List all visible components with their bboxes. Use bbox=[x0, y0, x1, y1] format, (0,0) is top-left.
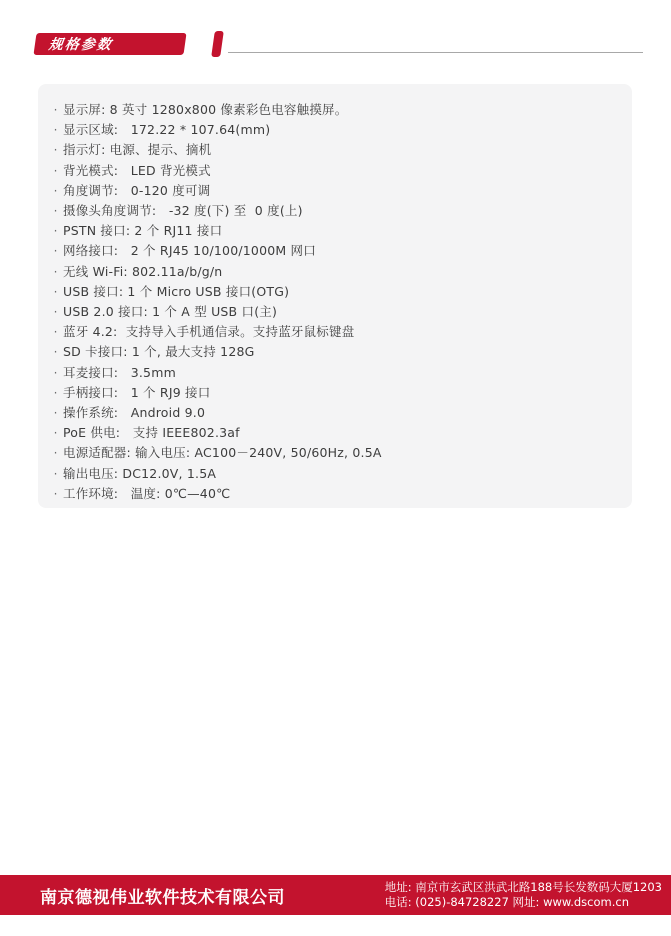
bullet-dot-icon: · bbox=[48, 343, 63, 362]
spec-item: · 摄像头角度调节: -32 度(下) 至 0 度(上) bbox=[48, 201, 614, 221]
spec-item: · 角度调节: 0-120 度可调 bbox=[48, 181, 614, 201]
bullet-dot-icon: · bbox=[48, 364, 63, 383]
spec-item: · 输出电压: DC12.0V, 1.5A bbox=[48, 464, 614, 484]
section-title-ribbon: 规格参数 bbox=[33, 33, 186, 55]
spec-text: 网络接口: 2 个 RJ45 10/100/1000M 网口 bbox=[63, 241, 316, 260]
spec-text: 输出电压: DC12.0V, 1.5A bbox=[63, 464, 216, 483]
spec-text: 无线 Wi-Fi: 802.11a/b/g/n bbox=[63, 262, 222, 281]
spec-item: · 操作系统: Android 9.0 bbox=[48, 403, 614, 423]
spec-item: · 耳麦接口: 3.5mm bbox=[48, 363, 614, 383]
spec-text: 工作环境: 温度: 0℃—40℃ bbox=[63, 484, 230, 503]
bullet-dot-icon: · bbox=[48, 323, 63, 342]
spec-item: · 背光模式: LED 背光模式 bbox=[48, 161, 614, 181]
bullet-dot-icon: · bbox=[48, 465, 63, 484]
bullet-dot-icon: · bbox=[48, 242, 63, 261]
spec-item: · 电源适配器: 输入电压: AC100－240V, 50/60Hz, 0.5A bbox=[48, 443, 614, 463]
company-name: 南京德视伟业软件技术有限公司 bbox=[40, 883, 285, 908]
bullet-dot-icon: · bbox=[48, 384, 63, 403]
bullet-dot-icon: · bbox=[48, 141, 63, 160]
spec-text: 操作系统: Android 9.0 bbox=[63, 403, 205, 422]
bullet-dot-icon: · bbox=[48, 263, 63, 282]
spec-text: 蓝牙 4.2: 支持导入手机通信录。支持蓝牙鼠标键盘 bbox=[63, 322, 354, 341]
spec-item: · 手柄接口: 1 个 RJ9 接口 bbox=[48, 383, 614, 403]
spec-text: 显示屏: 8 英寸 1280x800 像素彩色电容触摸屏。 bbox=[63, 100, 347, 119]
bullet-dot-icon: · bbox=[48, 303, 63, 322]
spec-item: · 显示区域: 172.22 * 107.64(mm) bbox=[48, 120, 614, 140]
footer-bar: 南京德视伟业软件技术有限公司 地址: 南京市玄武区洪武北路188号长发数码大厦1… bbox=[0, 875, 671, 915]
header-divider-line bbox=[228, 52, 643, 53]
spec-text: 背光模式: LED 背光模式 bbox=[63, 161, 211, 180]
bullet-dot-icon: · bbox=[48, 121, 63, 140]
bullet-dot-icon: · bbox=[48, 404, 63, 423]
spec-item: · 指示灯: 电源、提示、摘机 bbox=[48, 140, 614, 160]
spec-item: · USB 2.0 接口: 1 个 A 型 USB 口(主) bbox=[48, 302, 614, 322]
spec-text: 手柄接口: 1 个 RJ9 接口 bbox=[63, 383, 210, 402]
spec-item: · SD 卡接口: 1 个, 最大支持 128G bbox=[48, 342, 614, 362]
spec-item: · PoE 供电: 支持 IEEE802.3af bbox=[48, 423, 614, 443]
spec-text: 指示灯: 电源、提示、摘机 bbox=[63, 140, 211, 159]
footer-address: 地址: 南京市玄武区洪武北路188号长发数码大厦1203 bbox=[385, 880, 662, 896]
spec-text: 耳麦接口: 3.5mm bbox=[63, 363, 176, 382]
bullet-dot-icon: · bbox=[48, 202, 63, 221]
spec-item: · 工作环境: 温度: 0℃—40℃ bbox=[48, 484, 614, 504]
bullet-dot-icon: · bbox=[48, 424, 63, 443]
spec-text: 显示区域: 172.22 * 107.64(mm) bbox=[63, 120, 270, 139]
spec-item: · PSTN 接口: 2 个 RJ11 接口 bbox=[48, 221, 614, 241]
spec-list: · 显示屏: 8 英寸 1280x800 像素彩色电容触摸屏。 · 显示区域: … bbox=[48, 100, 614, 504]
bullet-dot-icon: · bbox=[48, 101, 63, 120]
bullet-dot-icon: · bbox=[48, 485, 63, 504]
bullet-dot-icon: · bbox=[48, 444, 63, 463]
spec-item: · 蓝牙 4.2: 支持导入手机通信录。支持蓝牙鼠标键盘 bbox=[48, 322, 614, 342]
spec-item: · USB 接口: 1 个 Micro USB 接口(OTG) bbox=[48, 282, 614, 302]
section-header: 规格参数 bbox=[33, 31, 653, 57]
bullet-dot-icon: · bbox=[48, 283, 63, 302]
bullet-dot-icon: · bbox=[48, 222, 63, 241]
bullet-dot-icon: · bbox=[48, 182, 63, 201]
spec-text: USB 接口: 1 个 Micro USB 接口(OTG) bbox=[63, 282, 289, 301]
ribbon-accent-stripe bbox=[211, 31, 224, 57]
spec-text: PSTN 接口: 2 个 RJ11 接口 bbox=[63, 221, 222, 240]
bullet-dot-icon: · bbox=[48, 162, 63, 181]
spec-sheet-page: 规格参数 · 显示屏: 8 英寸 1280x800 像素彩色电容触摸屏。 · 显… bbox=[0, 0, 671, 936]
footer-phone-website: 电话: (025)-84728227 网址: www.dscom.cn bbox=[385, 895, 662, 911]
spec-text: USB 2.0 接口: 1 个 A 型 USB 口(主) bbox=[63, 302, 277, 321]
spec-item: · 显示屏: 8 英寸 1280x800 像素彩色电容触摸屏。 bbox=[48, 100, 614, 120]
section-title: 规格参数 bbox=[48, 34, 115, 54]
spec-text: 电源适配器: 输入电压: AC100－240V, 50/60Hz, 0.5A bbox=[63, 443, 382, 462]
spec-box: · 显示屏: 8 英寸 1280x800 像素彩色电容触摸屏。 · 显示区域: … bbox=[38, 84, 632, 508]
spec-item: · 网络接口: 2 个 RJ45 10/100/1000M 网口 bbox=[48, 241, 614, 261]
spec-text: SD 卡接口: 1 个, 最大支持 128G bbox=[63, 342, 255, 361]
spec-item: · 无线 Wi-Fi: 802.11a/b/g/n bbox=[48, 262, 614, 282]
spec-text: 角度调节: 0-120 度可调 bbox=[63, 181, 210, 200]
footer-contact-block: 地址: 南京市玄武区洪武北路188号长发数码大厦1203 电话: (025)-8… bbox=[385, 880, 662, 911]
spec-text: 摄像头角度调节: -32 度(下) 至 0 度(上) bbox=[63, 201, 303, 220]
spec-text: PoE 供电: 支持 IEEE802.3af bbox=[63, 423, 240, 442]
